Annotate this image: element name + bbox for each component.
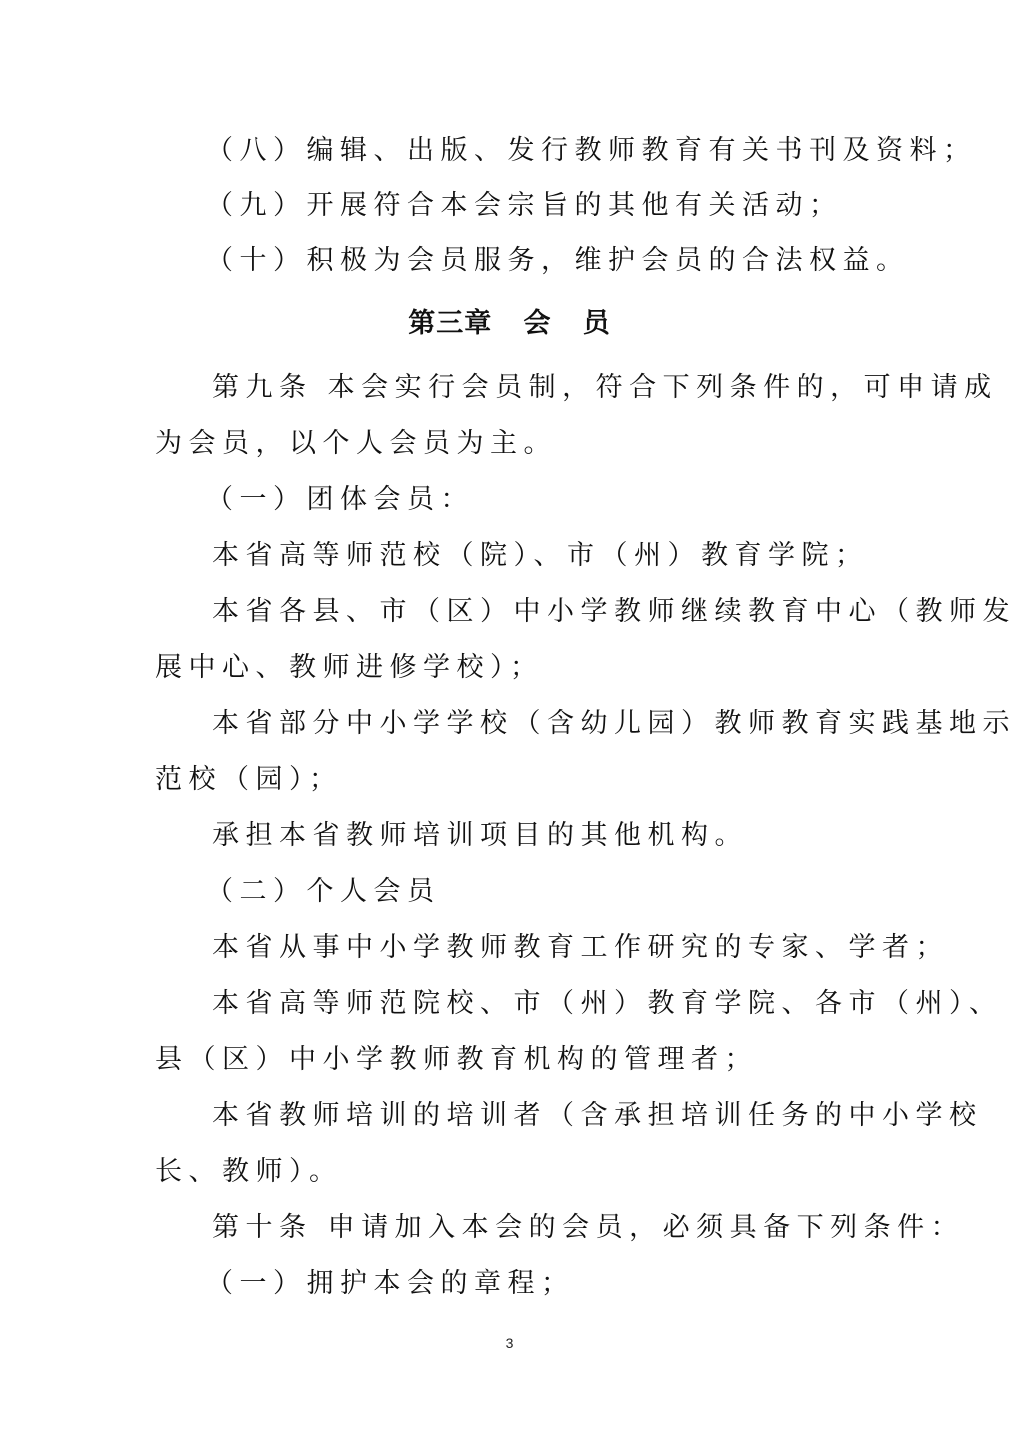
article-9-line-1: 第九条 本会实行会员制，符合下列条件的，可申请成 xyxy=(212,372,932,404)
paragraph-continuation: 展中心、教师进修学校）； xyxy=(155,652,875,684)
paragraph: 本省部分中小学学校（含幼儿园）教师教育实践基地示 xyxy=(212,708,932,740)
list-item-10: （十）积极为会员服务，维护会员的合法权益。 xyxy=(206,245,926,277)
article-9-line-2: 为会员，以个人会员为主。 xyxy=(155,428,875,460)
paragraph: 承担本省教师培训项目的其他机构。 xyxy=(212,820,932,852)
article-10: 第十条 申请加入本会的会员，必须具备下列条件： xyxy=(212,1212,932,1244)
paragraph-continuation: 县（区）中小学教师教育机构的管理者； xyxy=(155,1044,875,1076)
page-number: 3 xyxy=(0,1335,1019,1351)
paragraph: 本省各县、市（区）中小学教师继续教育中心（教师发 xyxy=(212,596,932,628)
paragraph-continuation: 长、教师）。 xyxy=(155,1156,875,1188)
paragraph: 本省高等师范院校、市（州）教育学院、各市（州）、 xyxy=(212,988,932,1020)
group-member-heading: （一）团体会员： xyxy=(206,484,926,516)
paragraph-continuation: 范校（园）； xyxy=(155,764,875,796)
paragraph: 本省教师培训的培训者（含承担培训任务的中小学校 xyxy=(212,1100,932,1132)
list-item-1: （一）拥护本会的章程； xyxy=(206,1268,926,1300)
individual-member-heading: （二）个人会员 xyxy=(206,876,926,908)
list-item-8: （八）编辑、出版、发行教师教育有关书刊及资料； xyxy=(206,135,926,167)
chapter-title: 第三章 会 员 xyxy=(0,308,1019,340)
document-page: （八）编辑、出版、发行教师教育有关书刊及资料； （九）开展符合本会宗旨的其他有关… xyxy=(0,0,1019,1441)
paragraph: 本省高等师范校（院）、市（州）教育学院； xyxy=(212,540,932,572)
paragraph: 本省从事中小学教师教育工作研究的专家、学者； xyxy=(212,932,932,964)
list-item-9: （九）开展符合本会宗旨的其他有关活动； xyxy=(206,190,926,222)
